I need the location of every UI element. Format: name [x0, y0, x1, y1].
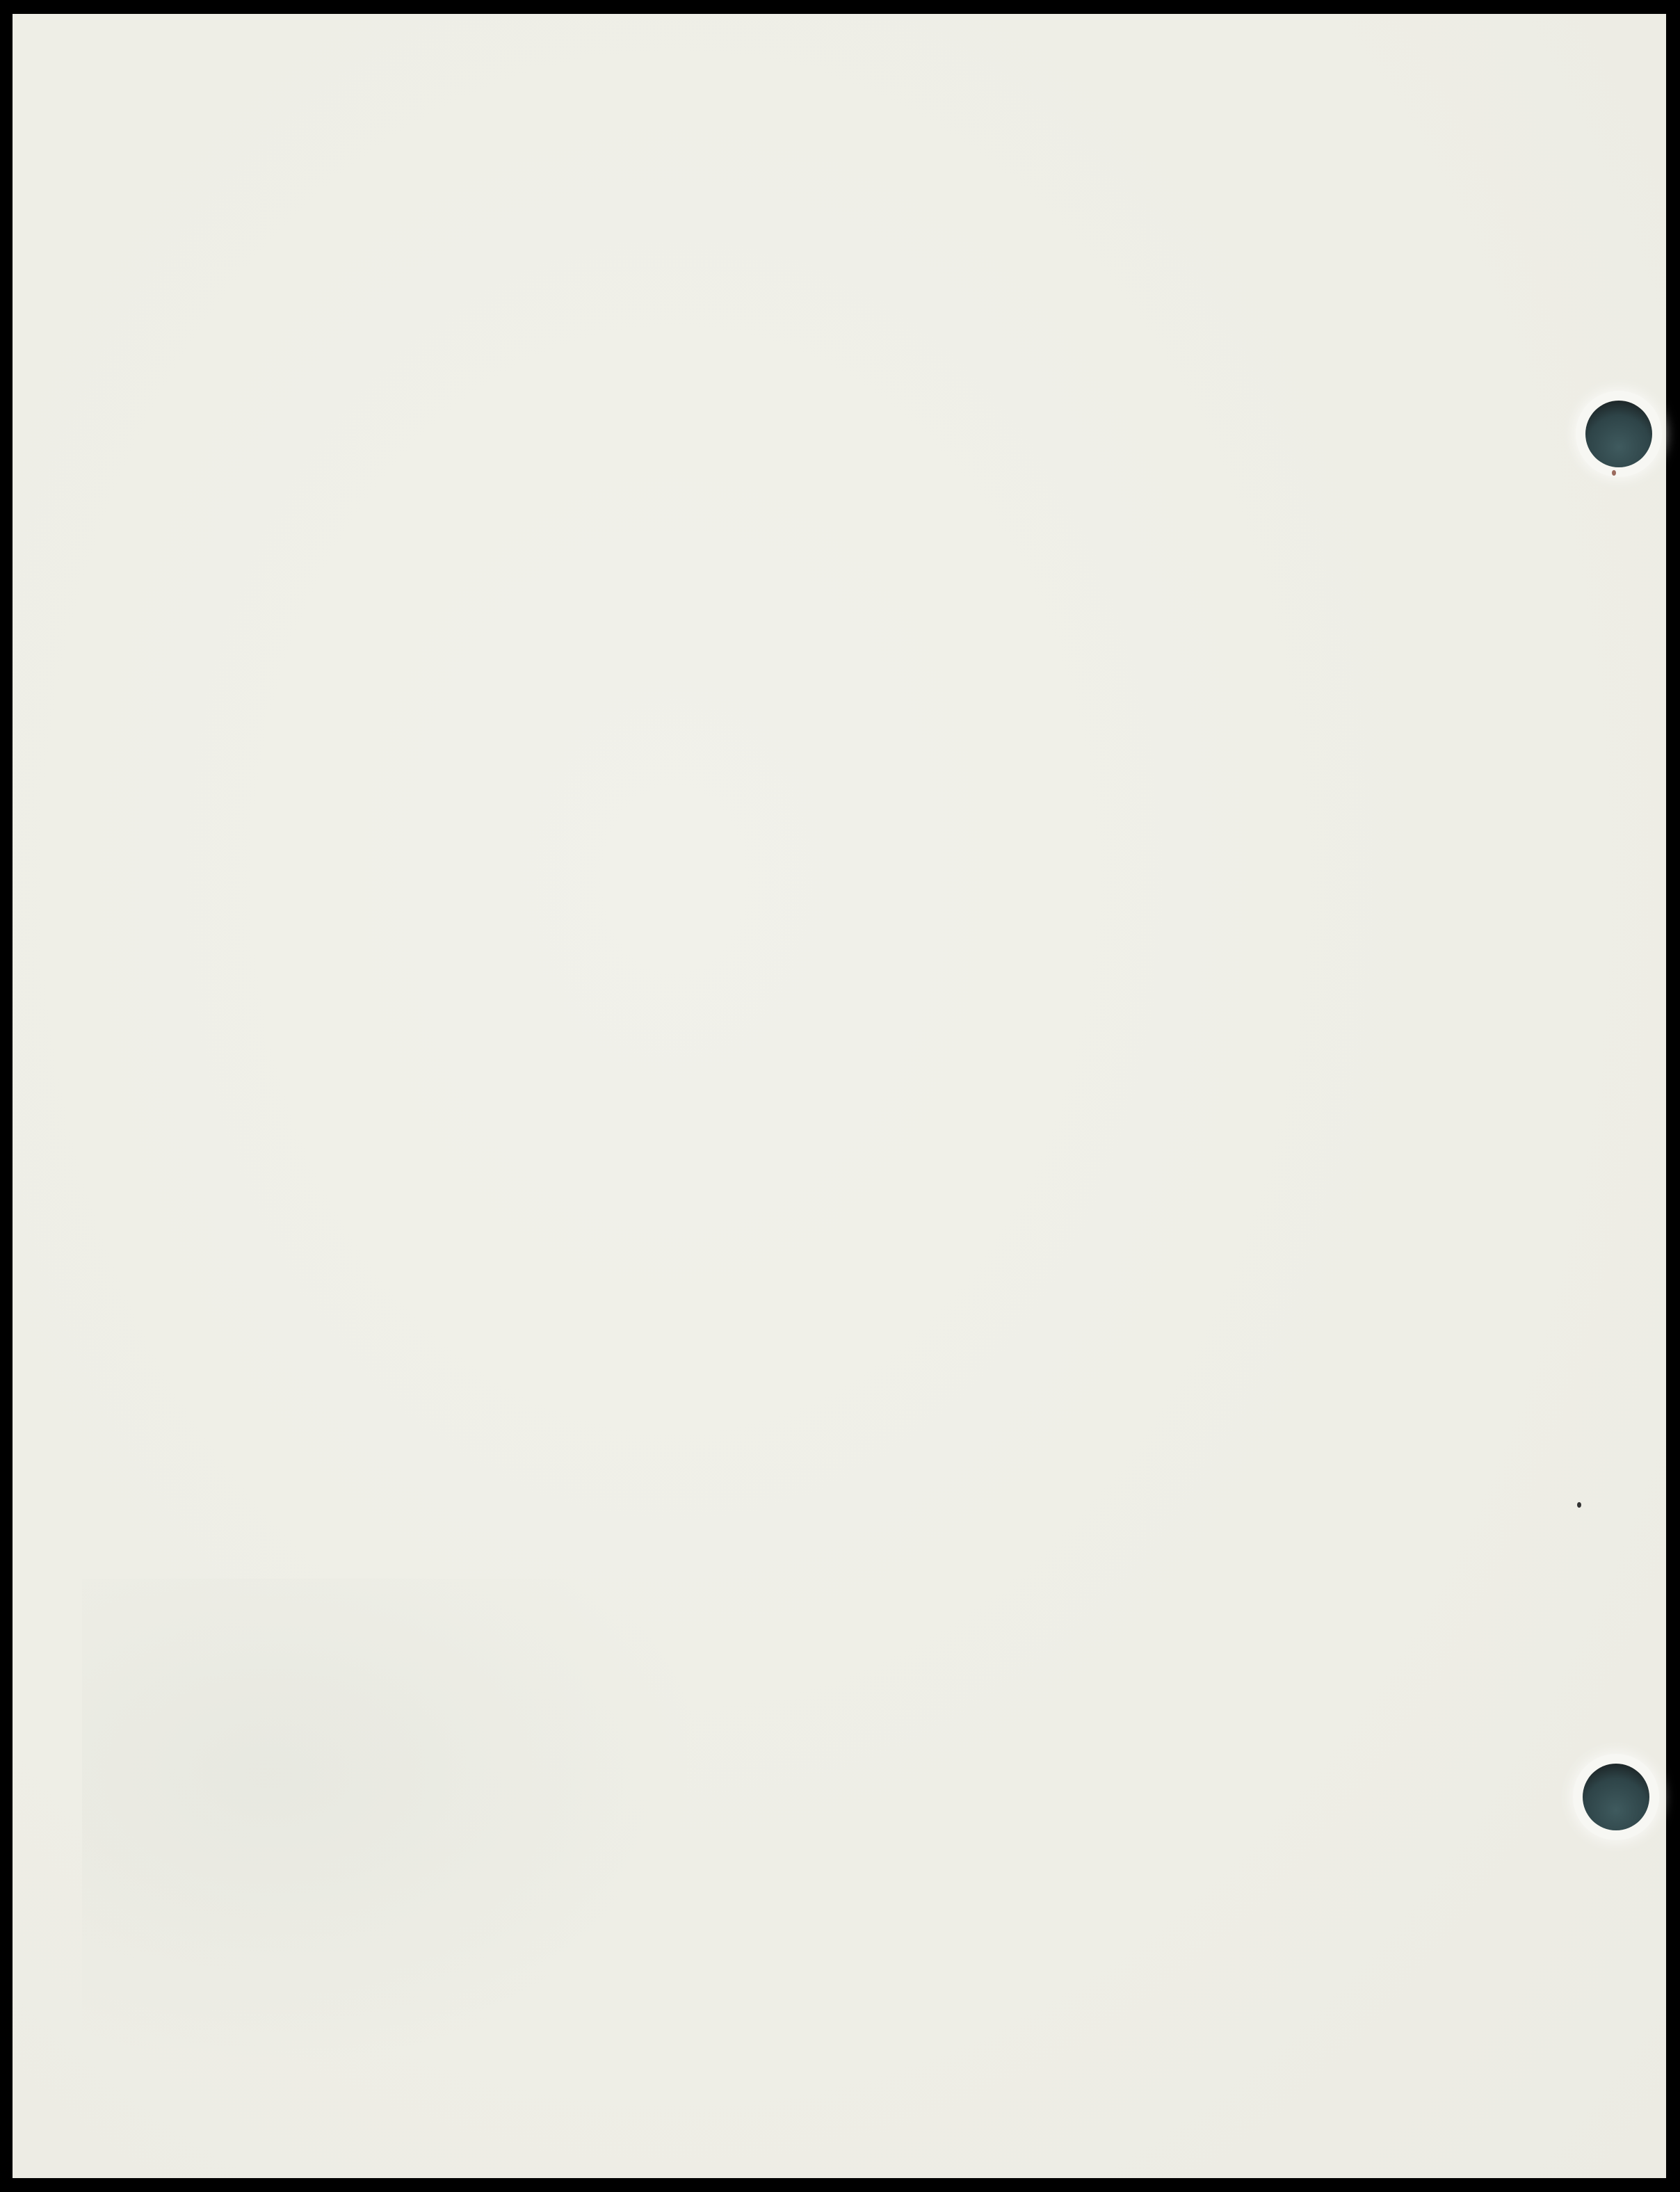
punch-hole-bottom: [1583, 1764, 1649, 1830]
paper-speck: [1577, 1502, 1581, 1508]
bleed-through-shadow: [82, 1579, 708, 2065]
paper-speck: [1612, 470, 1616, 476]
blank-page: [13, 14, 1666, 2178]
punch-hole-top: [1585, 401, 1652, 467]
